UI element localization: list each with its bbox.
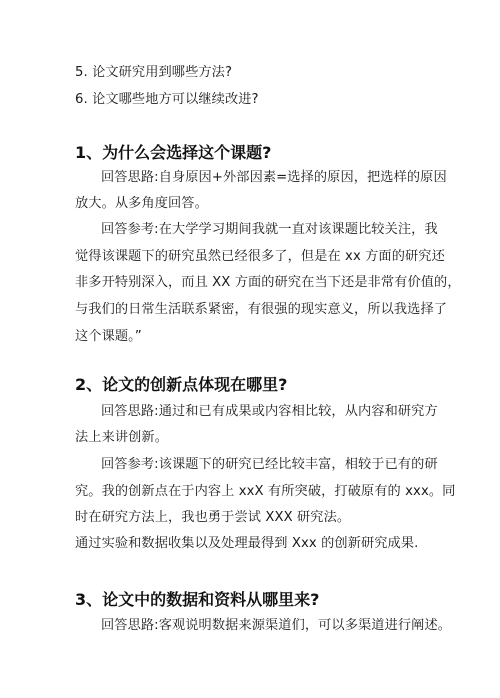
section-2-reference-line-2: 究。我的创新点在于内容上 xxX 有所突破，打破原有的 xxx。同 (75, 483, 427, 501)
section-1-heading: 1、为什么会选择这个课题? (75, 143, 271, 163)
section-1-reference-line-3: 非多开特别深入，而且 XX 方面的研究在当下还是非常有价值的， (75, 274, 427, 292)
section-3-approach-line-1: 回答思路:客观说明数据来源渠道们，可以多渠道进行阐述。 (101, 617, 427, 635)
list-item-question-6: 6. 论文哪些地方可以继续改进? (75, 91, 427, 109)
section-1-reference-line-4: 与我们的日常生活联系紧密，有很强的现实意义，所以我选择了 (75, 301, 427, 319)
section-2-reference-line-1: 回答参考:该课题下的研究已经比较丰富，相较于已有的研 (101, 456, 427, 474)
section-2-reference-line-3: 时在研究方法上，我也勇于尝试 XXX 研究法。 (75, 509, 427, 527)
section-2-approach-line-1: 回答思路:通过和已有成果或内容相比较，从内容和研究方 (101, 403, 427, 421)
section-2-reference-line-4: 通过实验和数据收集以及处理最得到 Xxx 的创新研究成果. (75, 535, 427, 553)
section-1-approach-line-1: 回答思路:自身原因+外部因素=选择的原因，把选样的原因 (101, 169, 427, 187)
section-2-approach-line-2: 法上来讲创新。 (75, 429, 427, 447)
section-3-heading: 3、论文中的数据和资料从哪里来? (75, 590, 319, 610)
section-1-reference-line-5: 这个课题。” (75, 328, 427, 346)
list-item-question-5: 5. 论文研究用到哪些方法? (75, 64, 427, 82)
section-1-reference-line-2: 觉得该课题下的研究虽然已经很多了，但是在 xx 方面的研究还 (75, 248, 427, 266)
section-2-heading: 2、论文的创新点体现在哪里? (75, 375, 287, 395)
section-1-reference-line-1: 回答参考:在大学学习期间我就一直对该课题比较关注，我 (101, 221, 427, 239)
section-1-approach-line-2: 放大。从多角度回答。 (75, 195, 427, 213)
